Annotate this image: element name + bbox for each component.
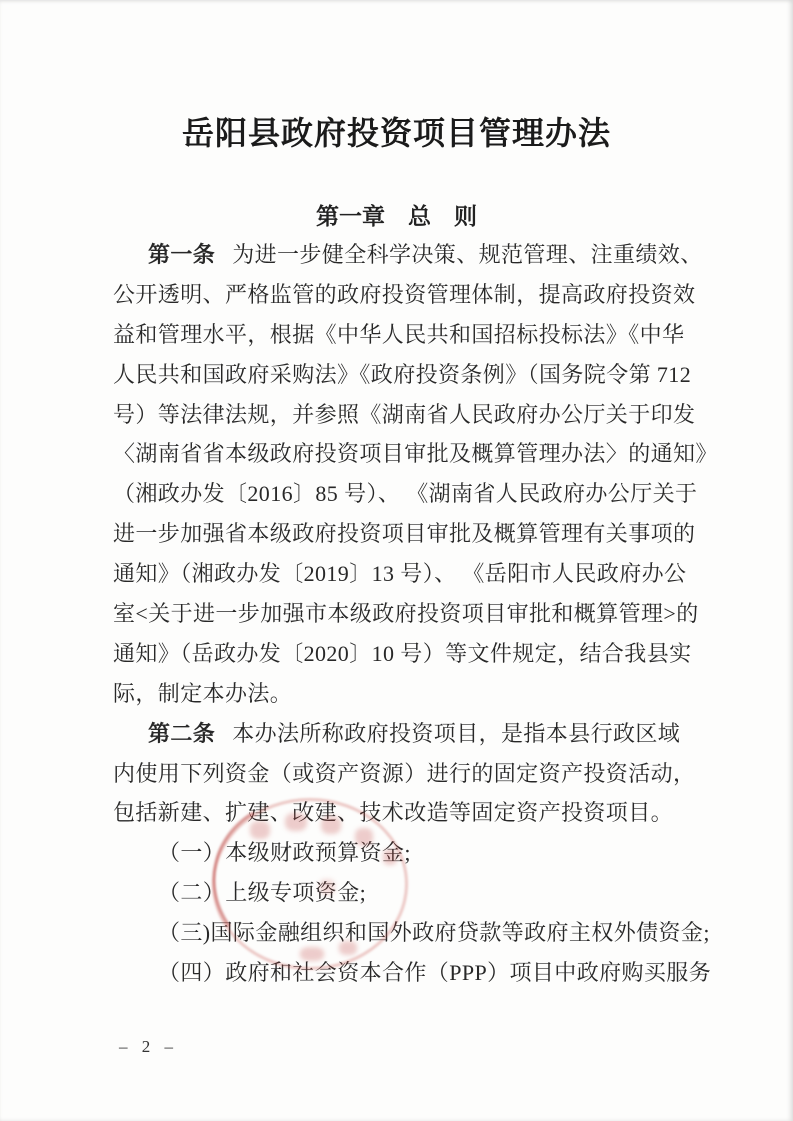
text-line: 际，制定本办法。 [113, 674, 699, 714]
text-line: 通知》（岳政办发〔2020〕10 号）等文件规定，结合我县实 [113, 634, 699, 674]
text-line: 第二条本办法所称政府投资项目，是指本县行政区域 [113, 714, 699, 754]
document-title: 岳阳县政府投资项目管理办法 [0, 108, 793, 154]
text-line: 益和管理水平，根据《中华人民共和国招标投标法》《中华 [113, 315, 699, 355]
text-line: 包括新建、扩建、改建、技术改造等固定资产投资项目。 [113, 793, 699, 833]
text-line: 〈湖南省省本级政府投资项目审批及概算管理办法〉的通知》 [113, 434, 699, 474]
page-number: – 2 – [119, 1037, 178, 1057]
official-seal-stamp-icon [212, 798, 408, 970]
list-item: （四）政府和社会资本合作（PPP）项目中政府购买服务 [113, 953, 699, 993]
stamp-smudge [383, 849, 397, 865]
text-line: 内使用下列资金（或资产资源）进行的固定资产投资活动， [113, 754, 699, 794]
stamp-smudge [250, 821, 270, 839]
document-page: 岳阳县政府投资项目管理办法 第一章 总 则 第一条为进一步健全科学决策、规范管理… [0, 0, 793, 1121]
article-number: 第二条 [148, 721, 215, 746]
text-line: （湘政办发〔2016〕85 号）、 《湖南省人民政府办公厅关于 [113, 474, 699, 514]
text-line: 进一步加强省本级政府投资项目审批及概算管理有关事项的 [113, 514, 699, 554]
text-line: 第一条为进一步健全科学决策、规范管理、注重绩效、 [113, 235, 699, 275]
text-line-content: 为进一步健全科学决策、规范管理、注重绩效、 [232, 242, 702, 267]
text-line: 室<关于进一步加强市本级政府投资项目审批和概算管理>的 [113, 594, 699, 634]
text-line: 人民共和国政府采购法》《政府投资条例》（国务院令第 712 [113, 355, 699, 395]
stamp-smudge [319, 879, 335, 895]
chapter-heading: 第一章 总 则 [0, 198, 793, 231]
text-line: 号）等法律法规，并参照《湖南省人民政府办公厅关于印发 [113, 395, 699, 435]
stamp-smudge [355, 828, 373, 846]
text-line-content: 本办法所称政府投资项目，是指本县行政区域 [232, 721, 680, 746]
text-line: 公开透明、严格监管的政府投资管理体制，提高政府投资效 [113, 275, 699, 315]
list-item: （三)国际金融组织和国外政府贷款等政府主权外债资金; [113, 913, 699, 953]
text-line: 通知》（湘政办发〔2019〕13 号）、 《岳阳市人民政府办公 [113, 554, 699, 594]
stamp-smudge [339, 941, 357, 955]
article-number: 第一条 [148, 242, 215, 267]
stamp-smudge [300, 947, 324, 961]
stamp-smudge [321, 816, 341, 834]
stamp-smudge [285, 813, 307, 831]
